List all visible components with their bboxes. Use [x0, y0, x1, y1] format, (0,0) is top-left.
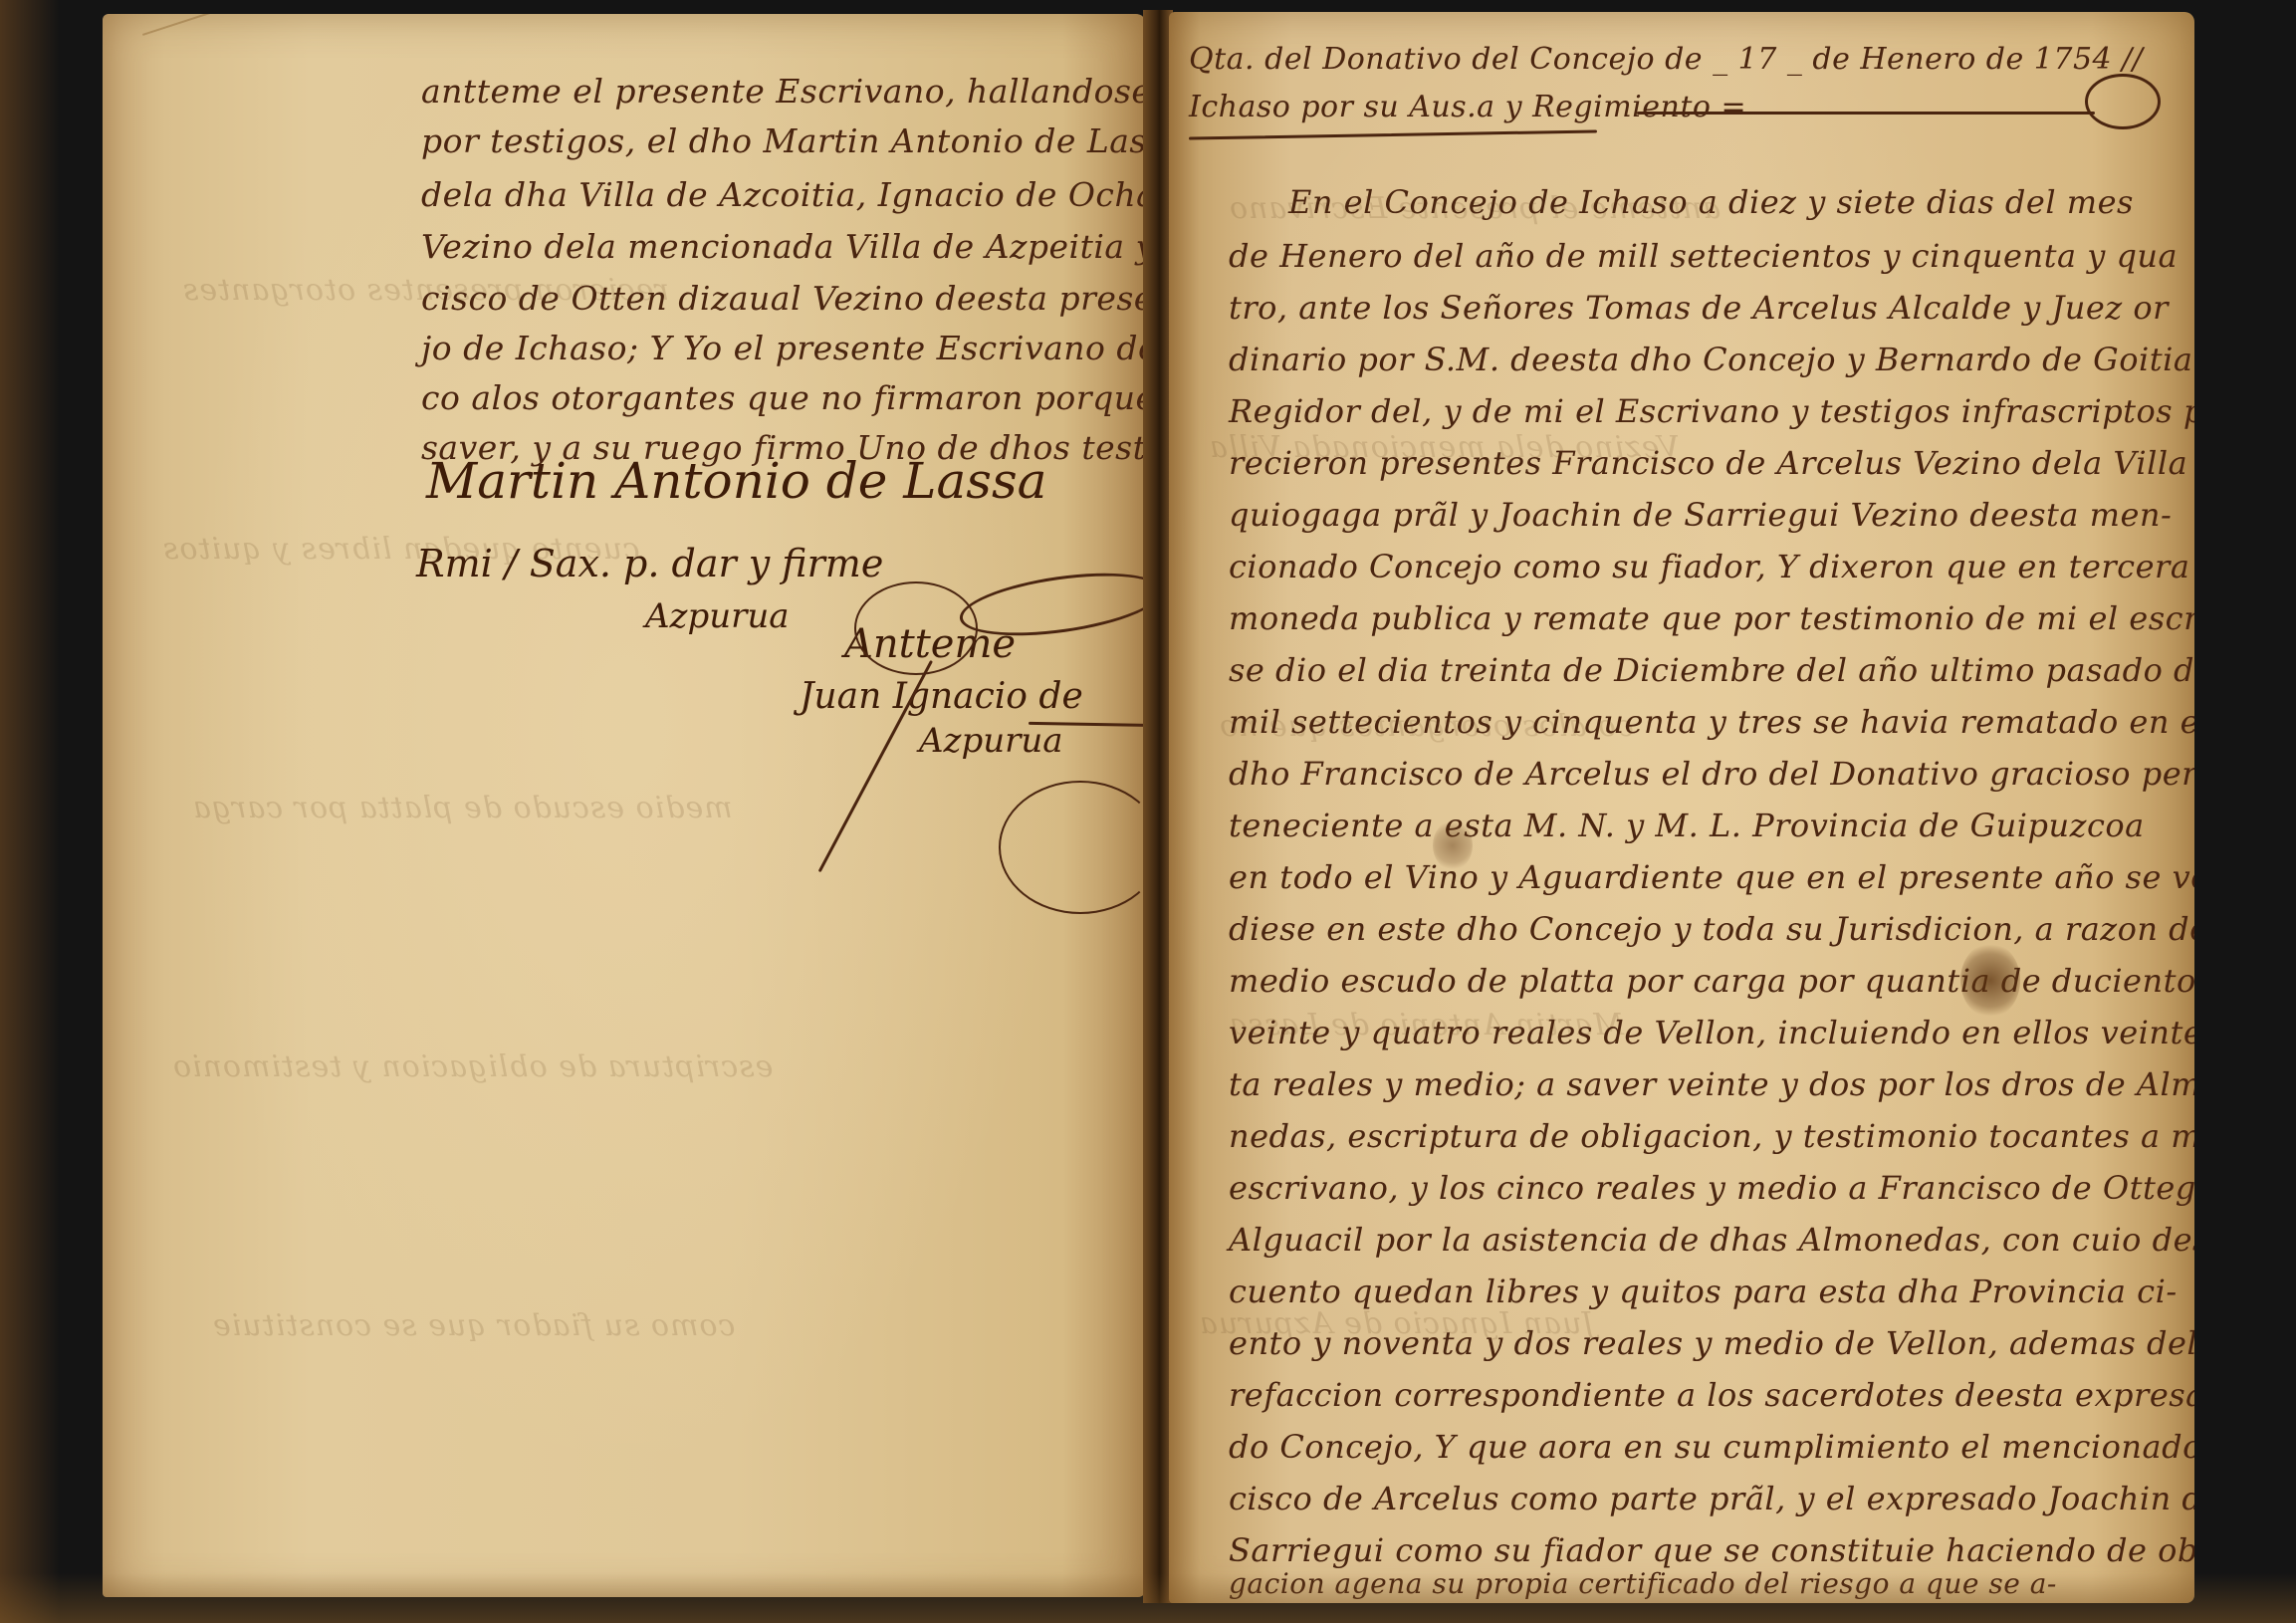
- text-line: quiogaga prãl y Joachin de Sarriegui Vez…: [1229, 496, 2172, 534]
- text-line: escrivano, y los cinco reales y medio a …: [1229, 1169, 2194, 1207]
- text-line: antteme el presente Escrivano, hallandos…: [421, 72, 1146, 111]
- text-line: Alguacil por la asistencia de dhas Almon…: [1229, 1221, 2194, 1259]
- text-line: cisco de Arcelus como parte prãl, y el e…: [1229, 1480, 2194, 1517]
- text-line: moneda publica y remate que por testimon…: [1229, 599, 2194, 637]
- text-line: jo de Ichaso; Y Yo el presente Escrivano…: [421, 329, 1146, 367]
- right-page: antteme el presente Escrivano Vezino del…: [1169, 12, 2194, 1603]
- text-line: teneciente a esta M. N. y M. L. Provinci…: [1229, 807, 2145, 844]
- page-heading-line-1: Qta. del Donativo del Concejo de _ 17 _ …: [1189, 42, 2143, 77]
- text-line: por testigos, el dho Martin Antonio de L…: [421, 121, 1146, 160]
- text-line: medio escudo de platta por carga por qua…: [1229, 962, 2194, 1000]
- text-line: cisco de Otten dizaual Vezino deesta pre…: [421, 279, 1146, 318]
- text-line: de Henero del año de mill settecientos y…: [1229, 237, 2178, 275]
- bleed-through-text: medio escudo de platta por carga: [192, 791, 733, 825]
- text-line: ento y noventa y dos reales y medio de V…: [1229, 1324, 2194, 1362]
- text-line: ta reales y medio; a saver veinte y dos …: [1229, 1065, 2194, 1103]
- page-heading-line-2: Ichaso por su Aus.a y Regimiento =: [1189, 90, 1746, 124]
- text-line: Regidor del, y de mi el Escrivano y test…: [1229, 392, 2194, 430]
- book-bottom-edge: [0, 1573, 2296, 1623]
- text-line: cionado Concejo como su fiador, Y dixero…: [1229, 548, 2194, 585]
- signature-flourish: [999, 781, 1146, 914]
- text-line: En el Concejo de Ichaso a diez y siete d…: [1288, 183, 2134, 221]
- witness-signature: Martin Antonio de Lassa: [426, 452, 1046, 510]
- text-line: dinario por S.M. deesta dho Concejo y Be…: [1229, 341, 2192, 378]
- text-line: veinte y quatro reales de Vellon, inclui…: [1229, 1014, 2194, 1051]
- text-line: en todo el Vino y Aguardiente que en el …: [1229, 858, 2194, 896]
- bleed-through-text: escriptura de obligacion y testimonio: [172, 1049, 773, 1084]
- text-line: nedas, escriptura de obligacion, y testi…: [1229, 1117, 2194, 1155]
- text-line: Sarriegui como su fiador que se constitu…: [1229, 1531, 2194, 1569]
- notary-signature-first: Juan Ignacio de: [800, 676, 1083, 717]
- text-line: do Concejo, Y que aora en su cumplimient…: [1229, 1428, 2194, 1466]
- heading-flourish: [2085, 74, 2161, 129]
- page-corner-fold: [142, 14, 423, 140]
- heading-underline: [1637, 112, 2095, 115]
- bleed-through-text: como su fiador que se constituie: [212, 1308, 735, 1343]
- text-line: dho Francisco de Arcelus el dro del Dona…: [1229, 755, 2194, 793]
- text-line: co alos otorgantes que no firmaron porqu…: [421, 378, 1146, 417]
- text-line: cuento quedan libres y quitos para esta …: [1229, 1273, 2178, 1310]
- ink-stain: [1433, 820, 1473, 870]
- text-line: Vezino dela mencionada Villa de Azpeitia…: [421, 227, 1146, 266]
- text-line: tro, ante los Señores Tomas de Arcelus A…: [1229, 289, 2169, 327]
- text-line: mil settecientos y cinquenta y tres se h…: [1229, 703, 2194, 741]
- text-line: se dio el dia treinta de Diciembre del a…: [1229, 651, 2194, 689]
- notary-signature-last: Azpurua: [919, 721, 1063, 761]
- text-line: recieron presentes Francisco de Arcelus …: [1229, 444, 2194, 482]
- left-page: recieron presentes otorgantes cuento que…: [103, 14, 1146, 1597]
- rubric-note: Rmi / Sax. p. dar y firme: [416, 542, 883, 585]
- text-line: refaccion correspondiente a los sacerdot…: [1229, 1376, 2194, 1414]
- ink-stain: [1960, 943, 2020, 1018]
- signature-azpurua-1: Azpurua: [645, 596, 790, 636]
- book-left-edge: [0, 0, 60, 1623]
- text-line: dela dha Villa de Azcoitia, Ignacio de O…: [421, 175, 1146, 214]
- heading-underline: [1189, 129, 1597, 139]
- signature-flourish: [854, 581, 978, 675]
- text-line: diese en este dho Concejo y toda su Juri…: [1229, 910, 2194, 948]
